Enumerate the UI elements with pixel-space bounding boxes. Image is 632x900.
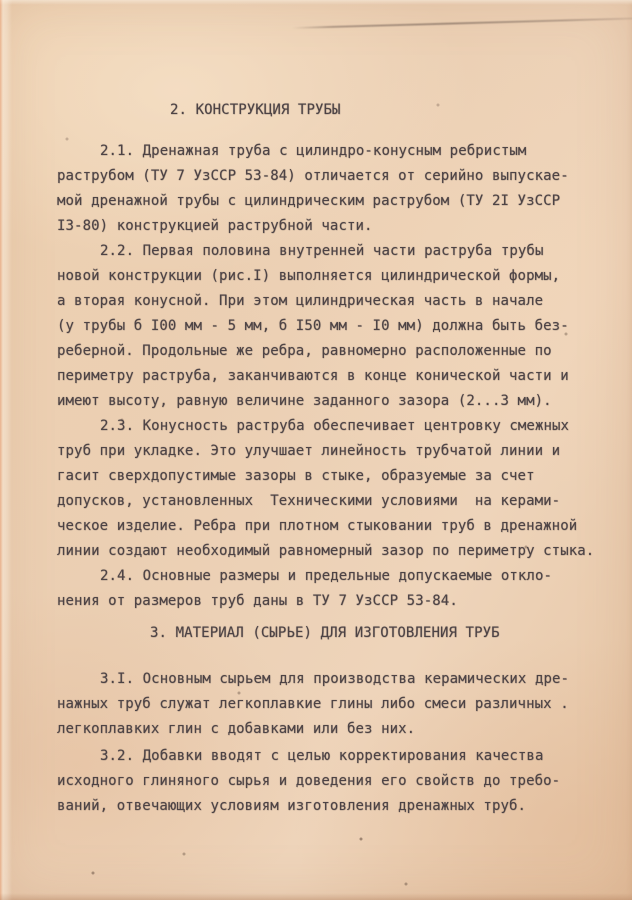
text-line: 2.1. Дренажная труба с цилиндро-конусным… [57,139,581,164]
paper-specks [0,0,2,2]
text-line: ческое изделие. Ребра при плотном стыков… [57,514,581,539]
section-2-heading: 2. КОНСТРУКЦИЯ ТРУБЫ [170,98,581,123]
text-line: I3-80) конструкцией раструбной части. [57,214,581,239]
paragraph-2-2: 2.2. Первая половина внутренней части ра… [57,239,581,414]
paragraph-3-1: 3.I. Основным сырьем для производства ке… [57,667,581,742]
text-line: нажных труб служат легкоплавкие глины ли… [57,692,581,717]
pencil-scratch-artifact [292,17,632,29]
text-line: труб при укладке. Это улучшает линейност… [57,439,581,464]
paragraph-2-1: 2.1. Дренажная труба с цилиндро-конусным… [57,139,581,239]
text-line: линии создают необходимый равномерный за… [57,539,581,564]
text-line: нения от размеров труб даны в ТУ 7 УзССР… [57,589,581,614]
paragraph-2-3: 2.3. Конусность раструба обеспечивает це… [57,414,581,564]
text-line: раструбом (ТУ 7 УзССР 53-84) отличается … [57,164,581,189]
page-edge-top [0,0,632,5]
scanned-page: 2. КОНСТРУКЦИЯ ТРУБЫ 2.1. Дренажная труб… [0,0,632,900]
paragraph-3-2: 3.2. Добавки вводят с целью корректирова… [57,744,581,819]
text-line: (у трубы б I00 мм - 5 мм, б I50 мм - I0 … [57,314,581,339]
text-column: 2. КОНСТРУКЦИЯ ТРУБЫ 2.1. Дренажная труб… [57,98,581,819]
text-line: допусков, установленных Техническими усл… [57,489,581,514]
text-line: а вторая конусной. При этом цилиндрическ… [57,289,581,314]
text-line: ваний, отвечающих условиям изготовления … [57,794,581,819]
text-line: 2.3. Конусность раструба обеспечивает це… [57,414,581,439]
section-3-heading: 3. МАТЕРИАЛ (СЫРЬЕ) ДЛЯ ИЗГОТОВЛЕНИЯ ТРУ… [150,621,581,646]
text-line: исходного глиняного сырья и доведения ег… [57,769,581,794]
text-line: новой конструкции (рис.I) выполняется ци… [57,264,581,289]
text-line: 3.I. Основным сырьем для производства ке… [57,667,581,692]
paragraph-2-4: 2.4. Основные размеры и предельные допус… [57,564,581,614]
text-line: периметру раструба, заканчиваются в конц… [57,364,581,389]
text-line: 2.2. Первая половина внутренней части ра… [57,239,581,264]
text-line: реберной. Продольные же ребра, равномерн… [57,339,581,364]
text-line: 2.4. Основные размеры и предельные допус… [57,564,581,589]
text-line: 3.2. Добавки вводят с целью корректирова… [57,744,581,769]
text-line: мой дренажной трубы с цилиндрическим рас… [57,189,581,214]
text-line: имеют высоту, равную величине заданного … [57,389,581,414]
page-edge-bottom [0,893,632,900]
text-line: гасит сверхдопустимые зазоры в стыке, об… [57,464,581,489]
page-edge-left [0,0,12,900]
text-line: легкоплавких глин с добавками или без ни… [57,717,581,742]
